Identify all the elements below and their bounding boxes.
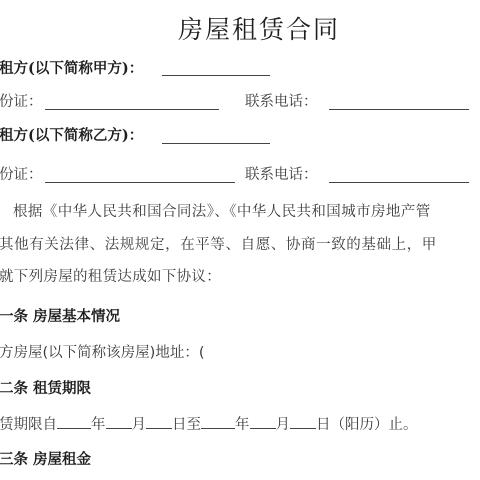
start-year-blank[interactable] [57,414,91,429]
party-a-label: 租方(以下简称甲方)： [0,60,143,78]
party-a-id-label: 份证： [0,93,43,111]
term-prefix: 赁期限自 [0,417,57,433]
party-b-label: 租方(以下简称乙方)： [0,127,143,145]
start-month-blank[interactable] [106,414,132,429]
section-1-address: 方房屋(以下简称该房屋)地址：( [0,344,204,362]
term-month-2: 月 [276,417,291,433]
term-year-1: 年 [91,417,106,433]
section-1-heading: 一条 房屋基本情况 [0,308,120,326]
party-a-phone-label: 联系电话： [245,93,318,111]
party-b-phone-label: 联系电话： [245,166,318,184]
party-a-id-blank[interactable] [45,109,219,110]
end-month-blank[interactable] [250,414,276,429]
preamble-line-3: 就下列房屋的租赁达成如下协议： [0,268,221,286]
term-day-1: 日至 [172,417,201,433]
term-month-1: 月 [132,417,147,433]
term-suffix: （阳历）止。 [331,417,418,433]
party-b-phone-blank[interactable] [329,182,469,183]
party-b-id-blank[interactable] [45,182,235,183]
term-day-2: 日 [316,417,331,433]
term-year-2: 年 [235,417,250,433]
party-a-phone-blank[interactable] [329,109,469,110]
document-title: 房屋租赁合同 [0,10,480,46]
start-day-blank[interactable] [146,414,172,429]
lease-term-line: 赁期限自年月日至年月日（阳历）止。 [0,414,418,434]
party-b-name-blank[interactable] [162,143,270,144]
preamble-line-1: 根据《中华人民共和国合同法》、《中华人民共和国城市房地产管 [13,203,431,221]
party-b-id-label: 份证： [0,166,43,184]
party-a-name-blank[interactable] [162,75,270,76]
preamble-line-2: 其他有关法律、法规规定，在平等、自愿、协商一致的基础上，甲 [0,236,437,254]
section-3-heading: 三条 房屋租金 [0,451,91,469]
end-day-blank[interactable] [290,414,316,429]
end-year-blank[interactable] [201,414,235,429]
section-2-heading: 二条 租赁期限 [0,380,91,398]
